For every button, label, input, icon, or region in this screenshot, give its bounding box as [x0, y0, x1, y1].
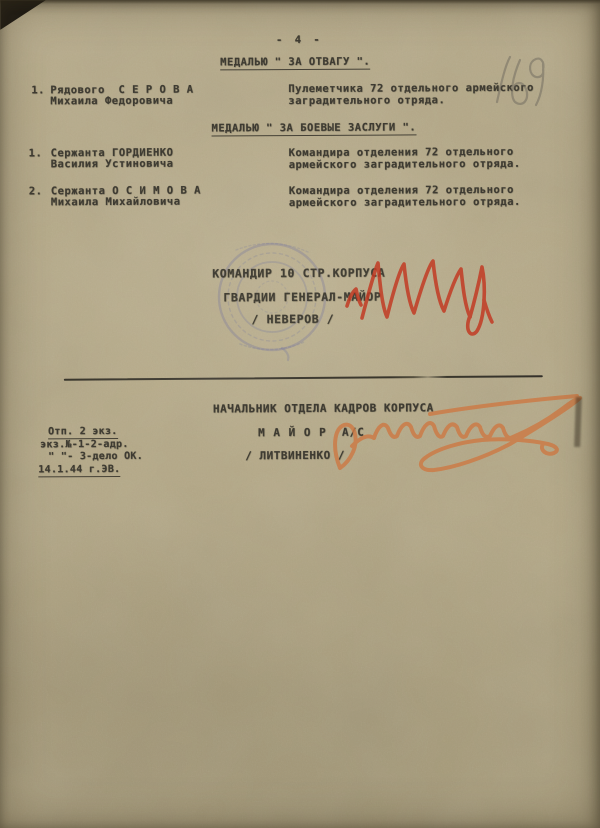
commander-rank-line: ГВАРДИИ ГЕНЕРАЛ-МАЙОР: [223, 290, 381, 305]
copies-note-line3: " "- 3-дело ОК.: [48, 451, 143, 462]
section-heading-za-boevye-zaslugi: МЕДАЛЬЮ " ЗА БОЕВЫЕ ЗАСЛУГИ ".: [211, 121, 416, 136]
kadry-title-line: НАЧАЛЬНИК ОТДЕЛА КАДРОВ КОРПУСА: [213, 401, 434, 415]
copies-note-line1: Отп. 2 экз.: [48, 426, 118, 439]
entry-patronymic: Василия Устиновича: [51, 158, 174, 171]
entry-position-line2: армейского заградительного отряда.: [289, 158, 521, 171]
entry-number: 1.: [29, 147, 43, 159]
commander-name-line: / НЕВЕРОВ /: [251, 312, 334, 326]
page-number: - 4 -: [276, 34, 323, 46]
scan-top-edge-shadow: [0, 0, 600, 4]
document-page: - 4 - МЕДАЛЬЮ " ЗА ОТВАГУ ". 1. Рядового…: [0, 0, 600, 828]
kadry-name-line: / ЛИТВИНЕНКО /: [245, 449, 345, 463]
entry-patronymic: Михаила Михайловича: [51, 196, 181, 209]
entry-position-line1: Пулеметчика 72 отдельного армейского: [288, 82, 534, 95]
entry-number: 2.: [29, 185, 43, 197]
commander-title-line: КОМАНДИР 10 СТР.КОРПУСА: [212, 266, 385, 281]
kadry-rank-line: М А Й О Р А/С: [258, 426, 365, 440]
horizontal-divider-line: [64, 375, 543, 381]
entry-position-line2: заградительного отряда.: [288, 94, 445, 107]
entry-patronymic: Михаила Федоровича: [50, 95, 173, 108]
copies-note-line2: экз.№-1-2-адр.: [40, 439, 129, 450]
typewritten-content: - 4 - МЕДАЛЬЮ " ЗА ОТВАГУ ". 1. Рядового…: [0, 0, 600, 828]
entry-position-line2: армейского заградительного отряда.: [289, 196, 521, 209]
section-heading-za-otvagu: МЕДАЛЬЮ " ЗА ОТВАГУ ".: [220, 56, 370, 71]
entry-number: 1.: [31, 84, 45, 96]
copies-note-date-line: 14.1.44 г.ЭВ.: [38, 464, 120, 477]
